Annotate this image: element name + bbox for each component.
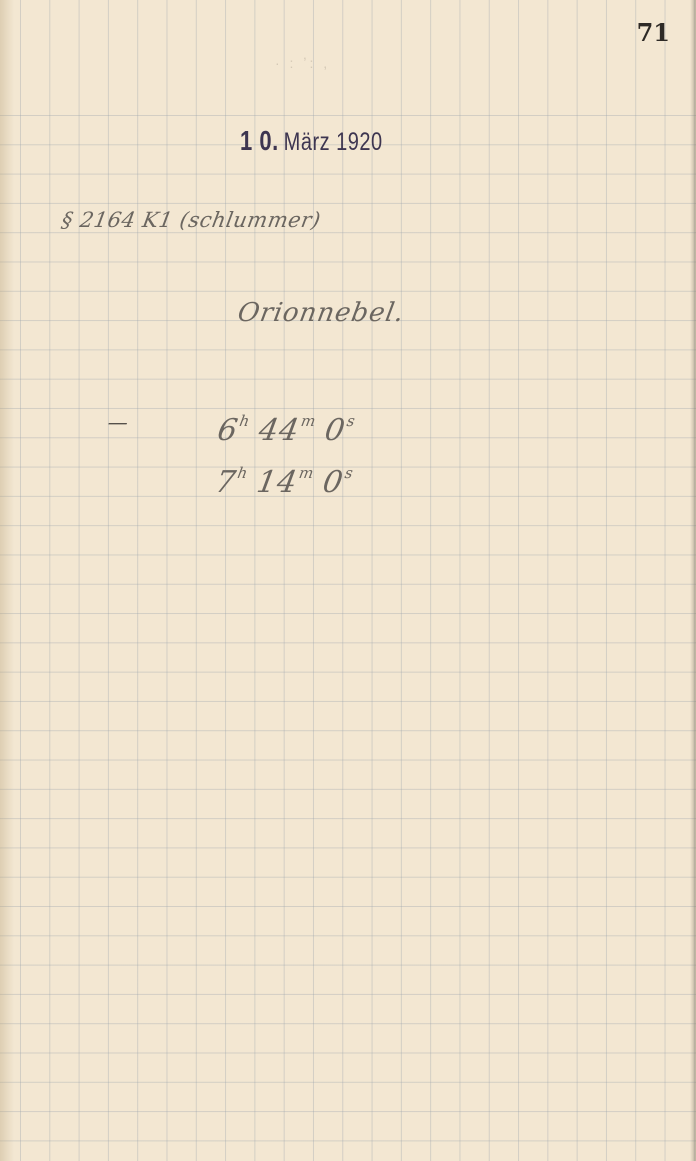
minutes: 14 [254, 465, 300, 500]
seconds: 0 [322, 413, 348, 448]
hours-unit: h [238, 412, 252, 430]
catalog-entry: § 2164 K1 (schlummer) [60, 208, 323, 232]
date-stamp: 1 0. März 1920 [240, 125, 383, 158]
hours: 7 [213, 465, 239, 500]
time-end: 7h 14m 0s [213, 464, 355, 500]
bleedthrough-text: · : ʼ: , [275, 55, 330, 71]
minutes-unit: m [298, 464, 316, 482]
hours-unit: h [236, 464, 250, 482]
notebook-page: · : ʼ: , 71 1 0. März 1920 § 2164 K1 (sc… [0, 0, 696, 1161]
top-margin [0, 0, 696, 114]
seconds-unit: s [343, 464, 355, 482]
seconds-unit: s [345, 412, 357, 430]
minutes-unit: m [300, 412, 318, 430]
time-start: 6h 44m 0s [215, 412, 357, 448]
object-name: Orionnebel. [235, 298, 406, 328]
minutes: 44 [256, 413, 302, 448]
page-number: 71 [637, 18, 670, 47]
page-edge [690, 0, 696, 1161]
stamp-month-year: März 1920 [284, 129, 383, 157]
stamp-day: 1 0. [240, 125, 279, 156]
dash-mark: — [106, 410, 130, 434]
binding-shadow [0, 0, 14, 1161]
hours: 6 [215, 413, 241, 448]
seconds: 0 [320, 465, 346, 500]
